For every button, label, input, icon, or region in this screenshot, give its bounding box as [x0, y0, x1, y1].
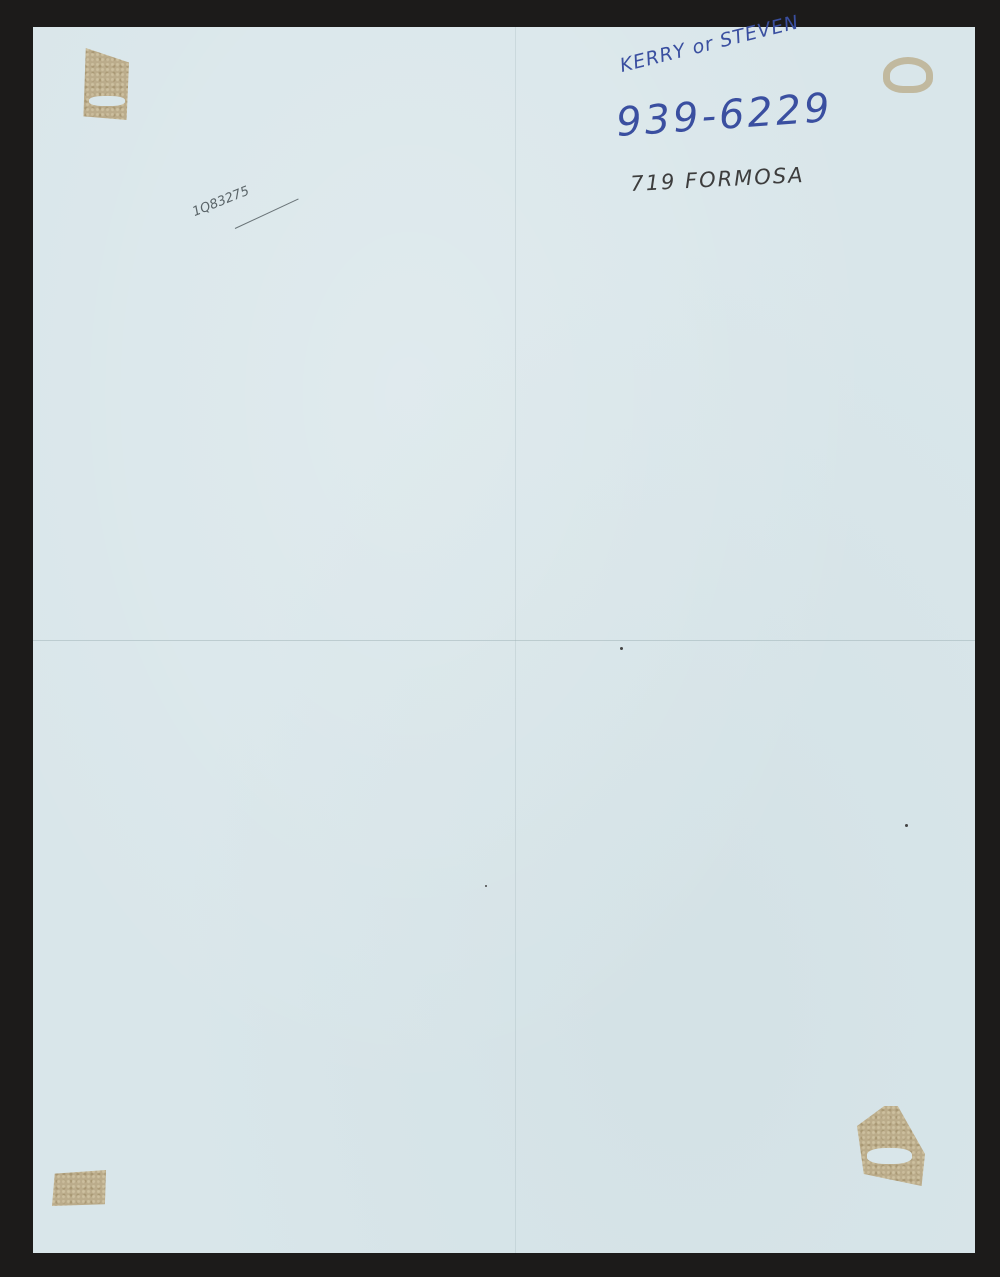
handwritten-phone-number: 939-6229	[615, 85, 834, 146]
catalog-number-underline	[235, 198, 299, 228]
paper-speck	[620, 647, 623, 650]
paper-sheet: KERRY or STEVEN 939-6229 719 FORMOSA 1Q8…	[33, 27, 975, 1253]
paper-speck	[485, 885, 487, 887]
catalog-number: 1Q83275	[190, 184, 251, 220]
tape-residue-bottom-right	[857, 1106, 925, 1186]
horizontal-fold-line	[33, 640, 975, 641]
tape-residue-top-left	[81, 48, 129, 120]
paper-speck	[905, 824, 908, 827]
handwritten-address: 719 FORMOSA	[630, 163, 805, 196]
vertical-fold-line	[515, 27, 516, 1253]
tape-residue-bottom-left	[52, 1170, 106, 1206]
handwritten-names: KERRY or STEVEN	[618, 11, 802, 77]
tape-residue-top-right	[883, 57, 933, 93]
